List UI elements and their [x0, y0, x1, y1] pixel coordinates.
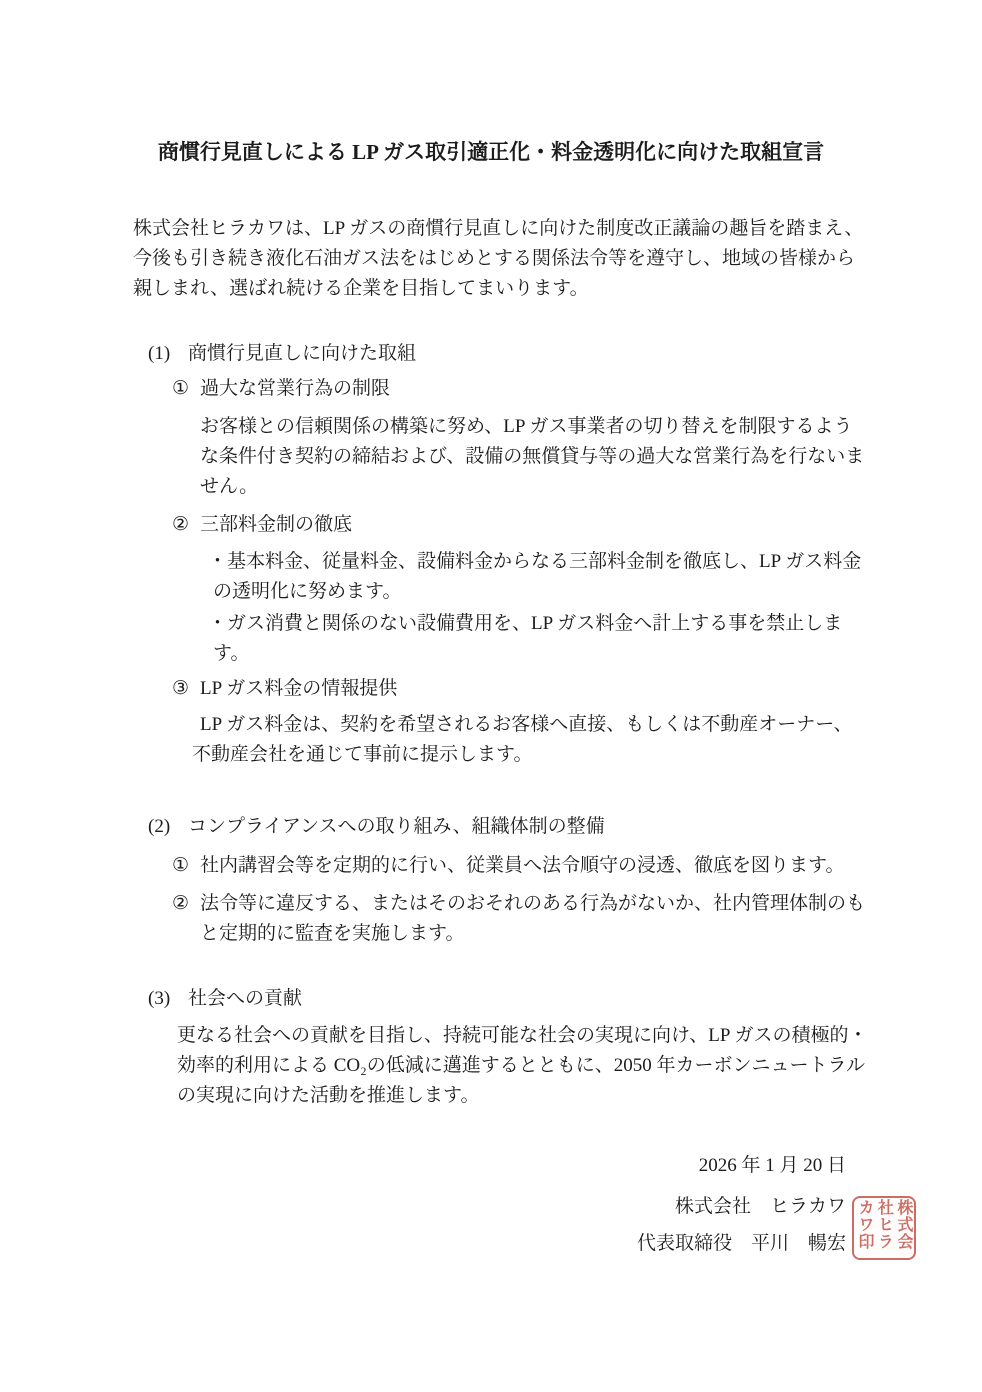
- intro-line: 今後も引き続き液化石油ガス法をはじめとする関係法令等を遵守し、地域の皆様から: [133, 244, 863, 274]
- item-text-line: 社内講習会等を定期的に行い、従業員へ法令順守の浸透、徹底を図ります。: [200, 851, 844, 881]
- item-number: ③: [172, 674, 200, 704]
- item-number: ①: [172, 851, 200, 881]
- section-number: (1): [148, 339, 188, 369]
- body-line: お客様との信頼関係の構築に努め、LP ガス事業者の切り替えを制限するよう: [200, 412, 864, 442]
- body-line: の実現に向けた活動を推進します。: [177, 1081, 867, 1111]
- document-page: 商慣行見直しによる LP ガス取引適正化・料金透明化に向けた取組宣言 株式会社ヒ…: [0, 0, 982, 1392]
- section-2-heading: (2) コンプライアンスへの取り組み、組織体制の整備: [148, 812, 605, 842]
- section-1-item-3-body: LP ガス料金は、契約を希望されるお客様へ直接、もしくは不動産オーナー、 不動産…: [192, 710, 852, 770]
- bullet-line: す。: [208, 639, 842, 669]
- document-title: 商慣行見直しによる LP ガス取引適正化・料金透明化に向けた取組宣言: [0, 136, 982, 168]
- company-name-line: 株式会社 ヒラカワ: [675, 1192, 846, 1222]
- section-1-item-2-heading: ② 三部料金制の徹底: [172, 510, 352, 540]
- section-2-item-1: ① 社内講習会等を定期的に行い、従業員へ法令順守の浸透、徹底を図ります。: [172, 851, 844, 881]
- item-heading-text: 三部料金制の徹底: [200, 510, 352, 540]
- section-number: (3): [148, 984, 188, 1014]
- section-1-item-1-heading: ① 過大な営業行為の制限: [172, 374, 390, 404]
- intro-paragraph: 株式会社ヒラカワは、LP ガスの商慣行見直しに向けた制度改正議論の趣旨を踏まえ、…: [133, 214, 863, 304]
- section-heading-text: コンプライアンスへの取り組み、組織体制の整備: [188, 812, 605, 842]
- body-line: 不動産会社を通じて事前に提示します。: [192, 740, 852, 770]
- section-1-item-3-heading: ③ LP ガス料金の情報提供: [172, 674, 397, 704]
- section-1-item-1-body: お客様との信頼関係の構築に努め、LP ガス事業者の切り替えを制限するよう な条件…: [200, 412, 864, 502]
- item-text-line: と定期的に監査を実施します。: [200, 919, 865, 949]
- section-number: (2): [148, 812, 188, 842]
- body-line: 更なる社会への貢献を目指し、持続可能な社会の実現に向け、LP ガスの積極的・: [177, 1021, 867, 1051]
- intro-line: 親しまれ、選ばれ続ける企業を目指してまいります。: [133, 274, 863, 304]
- item-heading-text: 過大な営業行為の制限: [200, 374, 390, 404]
- body-line: な条件付き契約の締結および、設備の無償貸与等の過大な営業行為を行ないま: [200, 442, 864, 472]
- section-1-heading: (1) 商慣行見直しに向けた取組: [148, 339, 416, 369]
- item-heading-text: LP ガス料金の情報提供: [200, 674, 397, 704]
- company-seal-stamp: 株式会 社ヒラ カワ印: [852, 1196, 916, 1260]
- section-1-item-2-bullet-1: ・基本料金、従量料金、設備料金からなる三部料金制を徹底し、LP ガス料金 の透明…: [208, 547, 861, 607]
- section-1-item-2-bullet-2: ・ガス消費と関係のない設備費用を、LP ガス料金へ計上する事を禁止しま す。: [208, 609, 842, 669]
- body-line: LP ガス料金は、契約を希望されるお客様へ直接、もしくは不動産オーナー、: [192, 710, 852, 740]
- bullet-line: の透明化に努めます。: [208, 577, 861, 607]
- intro-line: 株式会社ヒラカワは、LP ガスの商慣行見直しに向けた制度改正議論の趣旨を踏まえ、: [133, 214, 863, 244]
- item-number: ②: [172, 889, 200, 949]
- bullet-line: ・基本料金、従量料金、設備料金からなる三部料金制を徹底し、LP ガス料金: [208, 547, 861, 577]
- representative-line: 代表取締役 平川 暢宏: [637, 1229, 846, 1259]
- bullet-line: ・ガス消費と関係のない設備費用を、LP ガス料金へ計上する事を禁止しま: [208, 609, 842, 639]
- seal-column: 株式会: [894, 1199, 913, 1257]
- section-3-body: 更なる社会への貢献を目指し、持続可能な社会の実現に向け、LP ガスの積極的・ 効…: [177, 1021, 867, 1111]
- item-number: ②: [172, 510, 200, 540]
- item-number: ①: [172, 374, 200, 404]
- seal-column: カワ印: [855, 1199, 874, 1257]
- section-heading-text: 商慣行見直しに向けた取組: [188, 339, 416, 369]
- seal-column: 社ヒラ: [875, 1199, 894, 1257]
- body-line: 効率的利用による CO₂の低減に邁進するとともに、2050 年カーボンニュートラ…: [177, 1051, 867, 1081]
- item-text-line: 法令等に違反する、またはそのおそれのある行為がないか、社内管理体制のも: [200, 889, 865, 919]
- section-2-item-2: ② 法令等に違反する、またはそのおそれのある行為がないか、社内管理体制のも と定…: [172, 889, 865, 949]
- section-heading-text: 社会への貢献: [188, 984, 302, 1014]
- body-line: せん。: [200, 472, 864, 502]
- section-3-heading: (3) 社会への貢献: [148, 984, 302, 1014]
- date-line: 2026 年 1 月 20 日: [699, 1151, 846, 1181]
